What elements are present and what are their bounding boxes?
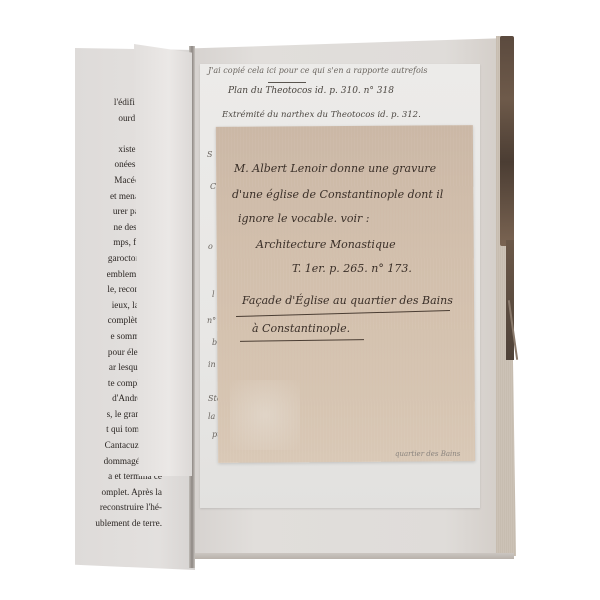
margin-fragment: C bbox=[210, 182, 216, 191]
note-stain bbox=[230, 380, 300, 450]
letter-bottom-fragment: quartier des Bains bbox=[395, 450, 460, 458]
printed-line: ublement de terre. bbox=[76, 516, 162, 532]
note-line-vocable: ignore le vocable. voir : bbox=[238, 212, 370, 225]
note-line-constantinople: à Constantinople. bbox=[252, 322, 350, 335]
letter-top-line: J'ai copié cela ici pour ce qui s'en a r… bbox=[208, 66, 428, 75]
printed-line: omplet. Après la bbox=[76, 485, 162, 501]
margin-fragment: in bbox=[208, 360, 216, 369]
margin-fragment: o bbox=[208, 242, 213, 251]
letter-line-plan: Plan du Theotocos id. p. 310. n° 318 bbox=[228, 86, 394, 96]
note-line-reference: T. 1er. p. 265. n° 173. bbox=[292, 262, 412, 275]
letter-rule bbox=[268, 82, 306, 83]
margin-fragment: S bbox=[207, 150, 212, 159]
page-bottom-edge bbox=[194, 553, 514, 559]
margin-fragment: n° bbox=[207, 316, 216, 325]
note-line-lenoir: M. Albert Lenoir donne une gravure bbox=[234, 162, 436, 175]
letter-line-narthex: Extrémité du narthex du Theotocos id. p.… bbox=[222, 110, 421, 120]
note-line-church: d'une église de Constantinople dont il bbox=[232, 188, 443, 201]
book-cover-edge bbox=[500, 36, 514, 246]
margin-fragment: l bbox=[212, 290, 215, 299]
note-line-facade: Façade d'Église au quartier des Bains bbox=[242, 294, 453, 307]
folded-page-flap[interactable] bbox=[134, 44, 192, 476]
printed-line: reconstruire l'hé- bbox=[76, 500, 162, 516]
note-line-architecture: Architecture Monastique bbox=[256, 238, 396, 251]
